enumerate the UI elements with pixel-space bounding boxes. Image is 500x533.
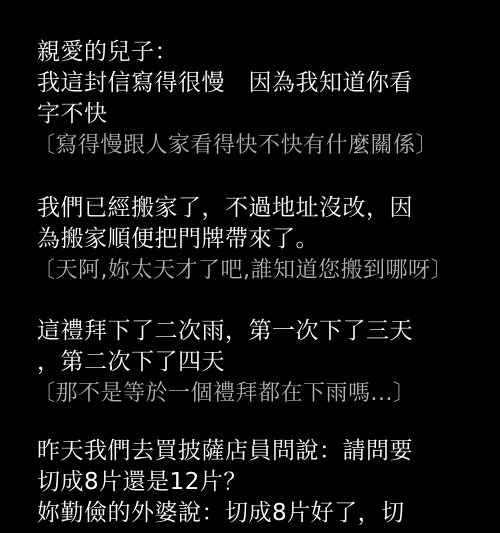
letter-line: 我們已經搬家了，不過地址沒改，因 <box>37 193 477 224</box>
paragraph-4: 昨天我們去買披薩店員問說：請問要 切成8片還是12片？ 妳勤儉的外婆說：切成8片… <box>37 436 477 529</box>
paragraph-1: 親愛的兒子： 我這封信寫得很慢 因為我知道你看 字不快 〔寫得慢跟人家看得快不快… <box>37 37 477 161</box>
letter-line: ，第二次下了四天 <box>37 347 477 378</box>
letter-line: 字不快 <box>37 99 477 130</box>
letter-page: 親愛的兒子： 我這封信寫得很慢 因為我知道你看 字不快 〔寫得慢跟人家看得快不快… <box>0 0 500 533</box>
comment-line: 〔寫得慢跟人家看得快不快有什麼關係〕 <box>33 130 477 161</box>
letter-line: 妳勤儉的外婆說：切成8片好了，切 <box>37 498 477 529</box>
letter-line: 昨天我們去買披薩店員問說：請問要 <box>37 436 477 467</box>
comment-line: 〔那不是等於一個禮拜都在下雨嗎...〕 <box>33 378 477 409</box>
paragraph-3: 這禮拜下了二次雨，第一次下了三天 ，第二次下了四天 〔那不是等於一個禮拜都在下雨… <box>37 316 477 409</box>
greeting: 親愛的兒子： <box>37 37 477 68</box>
comment-line: 〔天阿,妳太天才了吧,誰知道您搬到哪呀〕 <box>33 255 477 286</box>
letter-line: 為搬家順便把門牌帶來了。 <box>37 224 477 255</box>
letter-line: 切成8片還是12片？ <box>37 467 477 498</box>
letter-line: 這禮拜下了二次雨，第一次下了三天 <box>37 316 477 347</box>
paragraph-2: 我們已經搬家了，不過地址沒改，因 為搬家順便把門牌帶來了。 〔天阿,妳太天才了吧… <box>37 193 477 286</box>
letter-line: 我這封信寫得很慢 因為我知道你看 <box>37 68 477 99</box>
